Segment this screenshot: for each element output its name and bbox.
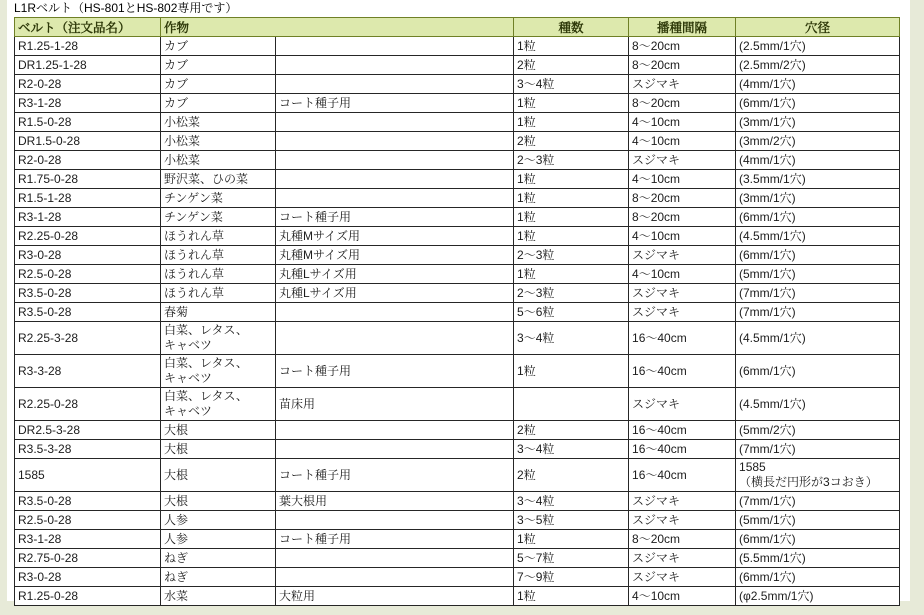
cell-interval: スジマキ (629, 303, 736, 322)
table-row: R2-0-28小松菜2～3粒スジマキ(4mm/1穴) (15, 151, 900, 170)
cell-interval: 16～40cm (629, 440, 736, 459)
table-row: R3-0-28ねぎ7～9粒スジマキ(6mm/1穴) (15, 568, 900, 587)
cell-seeds: 1粒 (514, 37, 629, 56)
table-row: R3-1-28人参コート種子用1粒8～20cm(6mm/1穴) (15, 530, 900, 549)
belt-spec-table: ベルト（注文品名） 作物 種数 播種間隔 穴径 R1.25-1-28カブ1粒8～… (14, 17, 900, 606)
table-row: R2.5-0-28ほうれん草丸種Lサイズ用1粒4～10cm(5mm/1穴) (15, 265, 900, 284)
cell-belt: R2.75-0-28 (15, 549, 161, 568)
cell-interval: 4～10cm (629, 587, 736, 606)
cell-crop: 小松菜 (161, 113, 276, 132)
cell-seeds: 3～4粒 (514, 492, 629, 511)
cell-crop: 小松菜 (161, 151, 276, 170)
cell-use (276, 568, 514, 587)
cell-crop: ほうれん草 (161, 265, 276, 284)
cell-seeds: 2～3粒 (514, 151, 629, 170)
cell-belt: DR1.5-0-28 (15, 132, 161, 151)
cell-seeds: 1粒 (514, 355, 629, 388)
cell-interval: スジマキ (629, 511, 736, 530)
table-row: R2.25-0-28白菜、レタス、 キャベツ苗床用スジマキ(4.5mm/1穴) (15, 388, 900, 421)
cell-seeds: 2粒 (514, 421, 629, 440)
cell-crop: 大根 (161, 440, 276, 459)
cell-hole: (5mm/1穴) (736, 511, 900, 530)
cell-seeds: 2粒 (514, 56, 629, 75)
table-row: R2.75-0-28ねぎ5～7粒スジマキ(5.5mm/1穴) (15, 549, 900, 568)
cell-use: 苗床用 (276, 388, 514, 421)
cell-crop: ほうれん草 (161, 227, 276, 246)
cell-interval: スジマキ (629, 549, 736, 568)
cell-seeds: 7～9粒 (514, 568, 629, 587)
cell-crop: 白菜、レタス、 キャベツ (161, 355, 276, 388)
cell-seeds: 3～4粒 (514, 322, 629, 355)
cell-interval: 16～40cm (629, 459, 736, 492)
cell-belt: R3.5-0-28 (15, 303, 161, 322)
cell-interval: 8～20cm (629, 208, 736, 227)
cell-seeds: 1粒 (514, 113, 629, 132)
cell-use (276, 113, 514, 132)
cell-hole: (3mm/2穴) (736, 132, 900, 151)
cell-seeds: 1粒 (514, 265, 629, 284)
table-row: DR1.5-0-28小松菜2粒4～10cm(3mm/2穴) (15, 132, 900, 151)
header-row: ベルト（注文品名） 作物 種数 播種間隔 穴径 (15, 18, 900, 37)
cell-crop: チンゲン菜 (161, 189, 276, 208)
cell-crop: 小松菜 (161, 132, 276, 151)
cell-hole: (2.5mm/1穴) (736, 37, 900, 56)
cell-hole: (5mm/2穴) (736, 421, 900, 440)
cell-interval: 8～20cm (629, 530, 736, 549)
cell-hole: (4.5mm/1穴) (736, 322, 900, 355)
cell-belt: R3.5-0-28 (15, 492, 161, 511)
cell-hole: (6mm/1穴) (736, 246, 900, 265)
table-row: R3.5-0-28大根葉大根用3～4粒スジマキ(7mm/1穴) (15, 492, 900, 511)
cell-use: コート種子用 (276, 94, 514, 113)
cell-seeds: 1粒 (514, 530, 629, 549)
cell-use (276, 322, 514, 355)
cell-belt: R1.25-1-28 (15, 37, 161, 56)
cell-use (276, 303, 514, 322)
cell-hole: (4mm/1穴) (736, 151, 900, 170)
cell-use: コート種子用 (276, 355, 514, 388)
cell-use (276, 189, 514, 208)
cell-crop: カブ (161, 94, 276, 113)
cell-interval: 16～40cm (629, 421, 736, 440)
cell-seeds: 1粒 (514, 587, 629, 606)
cell-use: 大粒用 (276, 587, 514, 606)
cell-use (276, 440, 514, 459)
table-row: R3.5-3-28大根3～4粒16～40cm(7mm/1穴) (15, 440, 900, 459)
table-row: R2.5-0-28人参3～5粒スジマキ(5mm/1穴) (15, 511, 900, 530)
table-row: DR2.5-3-28大根2粒16～40cm(5mm/2穴) (15, 421, 900, 440)
cell-seeds: 1粒 (514, 94, 629, 113)
table-row: R1.25-0-28水菜大粒用1粒4～10cm(φ2.5mm/1穴) (15, 587, 900, 606)
cell-belt: R3-1-28 (15, 94, 161, 113)
cell-belt: R3-0-28 (15, 568, 161, 587)
table-row: R2-0-28カブ3～4粒スジマキ(4mm/1穴) (15, 75, 900, 94)
content-area: L1Rベルト（HS-801とHS-802専用です） ベルト（注文品名） 作物 種… (7, 0, 910, 601)
table-row: R3-1-28チンゲン菜コート種子用1粒8～20cm(6mm/1穴) (15, 208, 900, 227)
cell-interval: 8～20cm (629, 56, 736, 75)
header-hole-diameter: 穴径 (736, 18, 900, 37)
cell-hole: (6mm/1穴) (736, 208, 900, 227)
cell-use: 葉大根用 (276, 492, 514, 511)
cell-belt: R3-1-28 (15, 530, 161, 549)
cell-seeds: 3～4粒 (514, 440, 629, 459)
cell-interval: スジマキ (629, 492, 736, 511)
cell-belt: R1.5-0-28 (15, 113, 161, 132)
cell-hole: (3mm/1穴) (736, 113, 900, 132)
cell-use (276, 549, 514, 568)
cell-use (276, 170, 514, 189)
cell-crop: ほうれん草 (161, 284, 276, 303)
cell-crop: カブ (161, 56, 276, 75)
header-belt-name: ベルト（注文品名） (15, 18, 161, 37)
cell-interval: 4～10cm (629, 170, 736, 189)
cell-belt: R2.25-0-28 (15, 388, 161, 421)
cell-interval: スジマキ (629, 568, 736, 587)
belt-table-body: R1.25-1-28カブ1粒8～20cm(2.5mm/1穴)DR1.25-1-2… (15, 37, 900, 606)
table-row: R1.75-0-28野沢菜、ひの菜1粒4～10cm(3.5mm/1穴) (15, 170, 900, 189)
table-row: R3-1-28カブコート種子用1粒8～20cm(6mm/1穴) (15, 94, 900, 113)
cell-crop: カブ (161, 37, 276, 56)
cell-crop: ねぎ (161, 549, 276, 568)
cell-hole: (4.5mm/1穴) (736, 388, 900, 421)
cell-seeds: 1粒 (514, 208, 629, 227)
cell-hole: 1585 （横長だ円形が3コおき） (736, 459, 900, 492)
cell-crop: 白菜、レタス、 キャベツ (161, 322, 276, 355)
table-row: R3.5-0-28ほうれん草丸種Lサイズ用2～3粒スジマキ(7mm/1穴) (15, 284, 900, 303)
cell-hole: (7mm/1穴) (736, 303, 900, 322)
cell-crop: ねぎ (161, 568, 276, 587)
table-row: R3-3-28白菜、レタス、 キャベツコート種子用1粒16～40cm(6mm/1… (15, 355, 900, 388)
header-sowing-interval: 播種間隔 (629, 18, 736, 37)
cell-belt: R2.5-0-28 (15, 511, 161, 530)
cell-hole: (5mm/1穴) (736, 265, 900, 284)
cell-seeds: 1粒 (514, 170, 629, 189)
cell-use (276, 132, 514, 151)
cell-interval: スジマキ (629, 246, 736, 265)
cell-use: 丸種Mサイズ用 (276, 227, 514, 246)
cell-hole: (7mm/1穴) (736, 284, 900, 303)
cell-belt: R3-1-28 (15, 208, 161, 227)
table-row: R3.5-0-28春菊5～6粒スジマキ(7mm/1穴) (15, 303, 900, 322)
cell-seeds: 1粒 (514, 227, 629, 246)
table-row: R1.5-1-28チンゲン菜1粒8～20cm(3mm/1穴) (15, 189, 900, 208)
cell-interval: スジマキ (629, 75, 736, 94)
cell-belt: R2.25-3-28 (15, 322, 161, 355)
cell-use (276, 56, 514, 75)
cell-seeds: 2粒 (514, 132, 629, 151)
cell-hole: (5.5mm/1穴) (736, 549, 900, 568)
cell-interval: スジマキ (629, 284, 736, 303)
cell-interval: スジマキ (629, 388, 736, 421)
cell-hole: (7mm/1穴) (736, 440, 900, 459)
cell-hole: (6mm/1穴) (736, 355, 900, 388)
cell-hole: (4.5mm/1穴) (736, 227, 900, 246)
table-row: DR1.25-1-28カブ2粒8～20cm(2.5mm/2穴) (15, 56, 900, 75)
cell-seeds: 2～3粒 (514, 284, 629, 303)
cell-use (276, 511, 514, 530)
table-row: R2.25-0-28ほうれん草丸種Mサイズ用1粒4～10cm(4.5mm/1穴) (15, 227, 900, 246)
cell-crop: 白菜、レタス、 キャベツ (161, 388, 276, 421)
cell-crop: 春菊 (161, 303, 276, 322)
cell-hole: (4mm/1穴) (736, 75, 900, 94)
cell-interval: 8～20cm (629, 37, 736, 56)
cell-use: 丸種Lサイズ用 (276, 284, 514, 303)
cell-seeds: 5～6粒 (514, 303, 629, 322)
cell-interval: 16～40cm (629, 355, 736, 388)
cell-hole: (3mm/1穴) (736, 189, 900, 208)
cell-hole: (6mm/1穴) (736, 568, 900, 587)
cell-belt: R2-0-28 (15, 75, 161, 94)
cell-belt: R1.75-0-28 (15, 170, 161, 189)
cell-crop: チンゲン菜 (161, 208, 276, 227)
cell-crop: 大根 (161, 421, 276, 440)
cell-interval: 8～20cm (629, 94, 736, 113)
header-seed-count: 種数 (514, 18, 629, 37)
cell-belt: R3-0-28 (15, 246, 161, 265)
cell-interval: 4～10cm (629, 113, 736, 132)
cell-belt: R1.5-1-28 (15, 189, 161, 208)
table-row: R1.25-1-28カブ1粒8～20cm(2.5mm/1穴) (15, 37, 900, 56)
cell-belt: R1.25-0-28 (15, 587, 161, 606)
cell-crop: 水菜 (161, 587, 276, 606)
cell-belt: R2-0-28 (15, 151, 161, 170)
cell-use: コート種子用 (276, 530, 514, 549)
cell-hole: (6mm/1穴) (736, 94, 900, 113)
cell-use: コート種子用 (276, 208, 514, 227)
cell-use (276, 151, 514, 170)
cell-crop: ほうれん草 (161, 246, 276, 265)
cell-use: コート種子用 (276, 459, 514, 492)
cell-crop: 大根 (161, 459, 276, 492)
cell-seeds: 3～4粒 (514, 75, 629, 94)
cell-seeds: 2～3粒 (514, 246, 629, 265)
cell-use: 丸種Lサイズ用 (276, 265, 514, 284)
cell-crop: 野沢菜、ひの菜 (161, 170, 276, 189)
cell-belt: R2.5-0-28 (15, 265, 161, 284)
cell-seeds: 3～5粒 (514, 511, 629, 530)
cell-belt: R3-3-28 (15, 355, 161, 388)
cell-interval: 8～20cm (629, 189, 736, 208)
page-background: L1Rベルト（HS-801とHS-802専用です） ベルト（注文品名） 作物 種… (0, 0, 924, 615)
table-row: 1585大根コート種子用2粒16～40cm1585 （横長だ円形が3コおき） (15, 459, 900, 492)
cell-hole: (3.5mm/1穴) (736, 170, 900, 189)
cell-seeds: 2粒 (514, 459, 629, 492)
cell-use (276, 75, 514, 94)
cell-seeds: 5～7粒 (514, 549, 629, 568)
cell-hole: (φ2.5mm/1穴) (736, 587, 900, 606)
cell-use: 丸種Mサイズ用 (276, 246, 514, 265)
cell-crop: 大根 (161, 492, 276, 511)
cell-hole: (6mm/1穴) (736, 530, 900, 549)
cell-crop: 人参 (161, 530, 276, 549)
cell-use (276, 37, 514, 56)
cell-belt: R2.25-0-28 (15, 227, 161, 246)
cell-belt: DR2.5-3-28 (15, 421, 161, 440)
cell-interval: 4～10cm (629, 227, 736, 246)
cell-crop: カブ (161, 75, 276, 94)
cell-belt: 1585 (15, 459, 161, 492)
cell-interval: 4～10cm (629, 132, 736, 151)
table-row: R2.25-3-28白菜、レタス、 キャベツ3～4粒16～40cm(4.5mm/… (15, 322, 900, 355)
page-title: L1Rベルト（HS-801とHS-802専用です） (7, 0, 910, 17)
cell-interval: スジマキ (629, 151, 736, 170)
table-row: R1.5-0-28小松菜1粒4～10cm(3mm/1穴) (15, 113, 900, 132)
cell-use (276, 421, 514, 440)
cell-hole: (2.5mm/2穴) (736, 56, 900, 75)
cell-crop: 人参 (161, 511, 276, 530)
header-crop: 作物 (161, 18, 514, 37)
cell-interval: 16～40cm (629, 322, 736, 355)
cell-interval: 4～10cm (629, 265, 736, 284)
table-row: R3-0-28ほうれん草丸種Mサイズ用2～3粒スジマキ(6mm/1穴) (15, 246, 900, 265)
cell-belt: DR1.25-1-28 (15, 56, 161, 75)
cell-hole: (7mm/1穴) (736, 492, 900, 511)
cell-belt: R3.5-0-28 (15, 284, 161, 303)
cell-seeds: 1粒 (514, 189, 629, 208)
cell-belt: R3.5-3-28 (15, 440, 161, 459)
cell-seeds (514, 388, 629, 421)
